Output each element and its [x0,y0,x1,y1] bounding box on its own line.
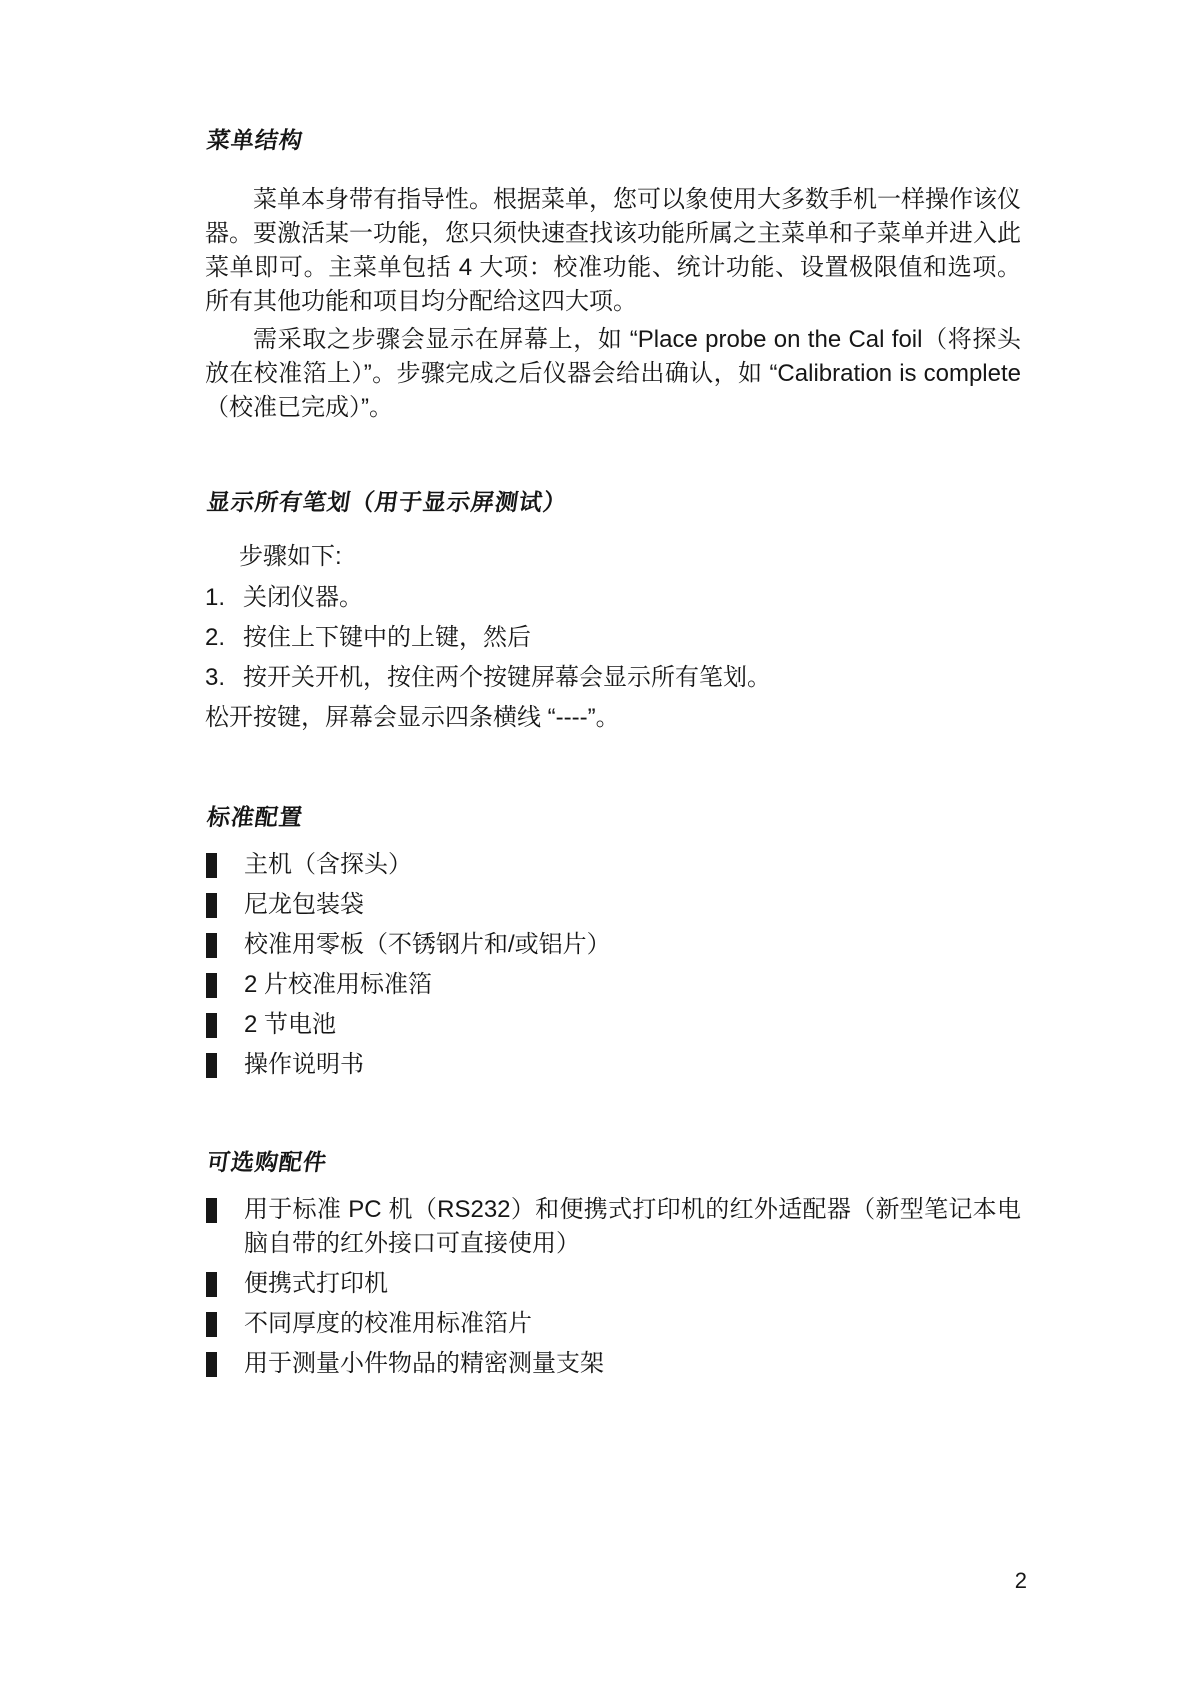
list-item-text: 校准用零板（不锈钢片和/或铝片） [244,928,1021,962]
numbered-step: 1. 关闭仪器。 [205,580,1021,616]
bullet-icon [206,1312,217,1337]
list-item: 操作说明书 [205,1048,1021,1082]
numbered-step: 3. 按开关开机，按住两个按键屏幕会显示所有笔划。 [205,660,1021,696]
bullet-icon [206,1053,217,1078]
list-item-text: 尼龙包装袋 [244,888,1021,922]
step-number: 2. [205,620,243,656]
bullet-icon [206,1198,217,1223]
steps-intro-text: 步骤如下: [205,540,1021,574]
list-item: 不同厚度的校准用标准箔片 [205,1307,1021,1341]
step-text: 关闭仪器。 [243,580,363,616]
list-item-text: 用于标准 PC 机（RS232）和便携式打印机的红外适配器（新型笔记本电脑自带的… [244,1193,1021,1261]
list-item: 主机（含探头） [205,848,1021,882]
bullet-icon [206,1272,217,1297]
step-number: 3. [205,660,243,696]
bullet-icon [206,1352,217,1377]
list-item-text: 2 节电池 [244,1008,1021,1042]
list-item-text: 主机（含探头） [244,848,1021,882]
section-heading-menu-structure: 菜单结构 [205,125,1025,155]
step-text: 按住上下键中的上键，然后 [243,620,531,656]
standard-config-list: 主机（含探头） 尼龙包装袋 校准用零板（不锈钢片和/或铝片） 2 片校准用标准箔… [205,848,1021,1082]
steps-outro-text: 松开按键，屏幕会显示四条横线 “----”。 [205,700,1021,736]
list-item-text: 用于测量小件物品的精密测量支架 [244,1347,1021,1381]
list-item: 2 节电池 [205,1008,1021,1042]
bullet-icon [206,1013,217,1038]
list-item: 用于标准 PC 机（RS232）和便携式打印机的红外适配器（新型笔记本电脑自带的… [205,1193,1021,1261]
page-number: 2 [205,1568,1027,1594]
bullet-icon [206,973,217,998]
bullet-icon [206,933,217,958]
section-heading-standard-config: 标准配置 [205,802,1025,832]
step-number: 1. [205,580,243,616]
step-text: 按开关开机，按住两个按键屏幕会显示所有笔划。 [243,660,771,696]
section-heading-display-all-strokes: 显示所有笔划（用于显示屏测试） [205,487,1025,517]
list-item-text: 便携式打印机 [244,1267,1021,1301]
list-item: 校准用零板（不锈钢片和/或铝片） [205,928,1021,962]
page-content: 菜单结构 菜单本身带有指导性。根据菜单，您可以象使用大多数手机一样操作该仪器。要… [205,0,1021,1381]
bullet-icon [206,893,217,918]
paragraph-menu-intro: 菜单本身带有指导性。根据菜单，您可以象使用大多数手机一样操作该仪器。要激活某一功… [205,183,1021,319]
bullet-icon [206,853,217,878]
list-item-text: 2 片校准用标准箔 [244,968,1021,1002]
numbered-step: 2. 按住上下键中的上键，然后 [205,620,1021,656]
section-heading-optional-accessories: 可选购配件 [205,1147,1025,1177]
list-item: 用于测量小件物品的精密测量支架 [205,1347,1021,1381]
list-item-text: 操作说明书 [244,1048,1021,1082]
list-item: 2 片校准用标准箔 [205,968,1021,1002]
list-item-text: 不同厚度的校准用标准箔片 [244,1307,1021,1341]
paragraph-menu-steps-display: 需采取之步骤会显示在屏幕上，如 “Place probe on the Cal … [205,323,1021,425]
document-page: 菜单结构 菜单本身带有指导性。根据菜单，您可以象使用大多数手机一样操作该仪器。要… [0,0,1200,1696]
optional-accessories-list: 用于标准 PC 机（RS232）和便携式打印机的红外适配器（新型笔记本电脑自带的… [205,1193,1021,1381]
list-item: 尼龙包装袋 [205,888,1021,922]
list-item: 便携式打印机 [205,1267,1021,1301]
